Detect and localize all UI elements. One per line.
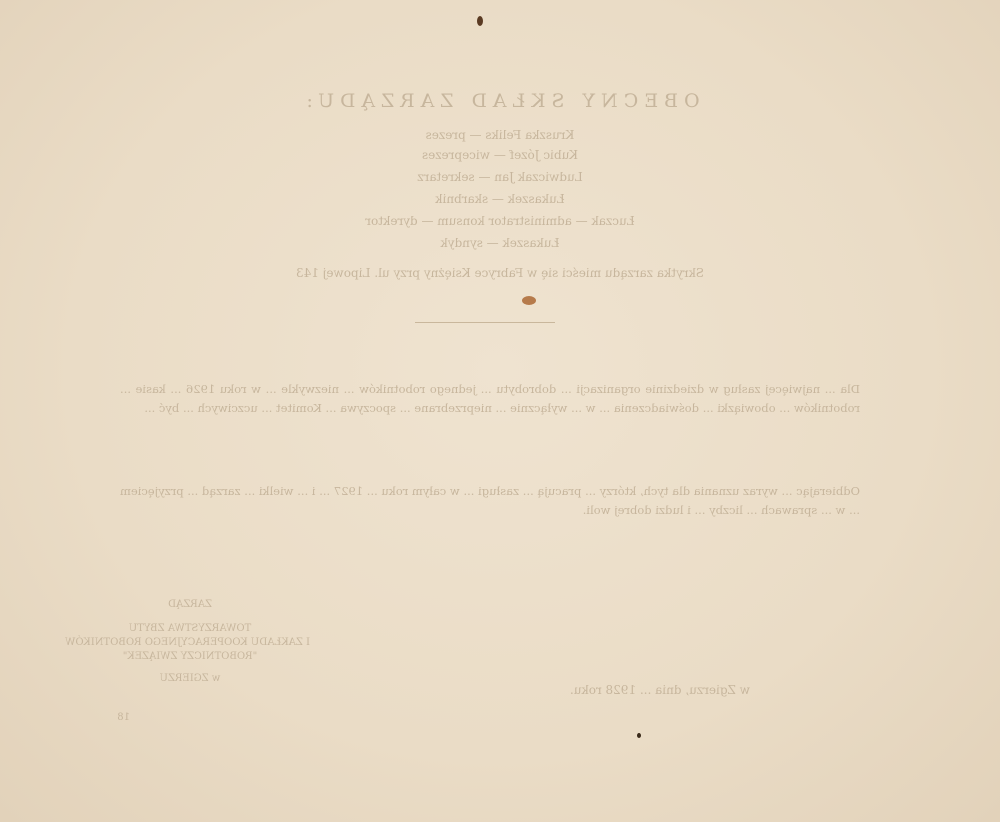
stamp-line: I ZAKŁADU KOOPERACYJNEGO ROBOTNIKÓW [70,636,310,650]
signature-line: w Zgierzu, dnia ... 1928 roku. [570,683,750,697]
divider [415,322,555,323]
board-member: Łukaszek — skarbnik [0,192,1000,206]
paragraph: Dla ... najwięcej zasług w dziedzinie or… [120,380,860,417]
board-member: Ludwiczak Jan — sekretarz [0,170,1000,184]
board-member: Łuczak — administrator konsum — dyrektor [0,214,1000,228]
page-number: 18 [117,712,130,723]
office-note: Skrytka zarządu mieści się w Fabryce Ksi… [0,266,1000,280]
board-member: Kruszka Feliks — prezes [0,128,1000,142]
paragraph: Odbierając ... wyraz uznania dla tych, k… [120,482,860,519]
board-member: Łukaszek — syndyk [0,236,1000,250]
stamp-title: ZARZĄD [70,598,310,612]
ink-spot [637,733,641,738]
stain-spot [522,296,536,305]
page-title: OBECNY SKŁAD ZARZĄDU: [0,90,1000,112]
mirrored-page: OBECNY SKŁAD ZARZĄDU: Kruszka Feliks — p… [0,0,1000,822]
stamp-line: w ZGIERZU [70,672,310,686]
board-member: Kubic Józef — wiceprezes [0,148,1000,162]
stamp-line: TOWARZYSTWA ZBYTU [70,622,310,636]
ink-spot [477,16,483,26]
stamp-line: "ROBOTNICZY ZWIĄZEK" [70,650,310,664]
